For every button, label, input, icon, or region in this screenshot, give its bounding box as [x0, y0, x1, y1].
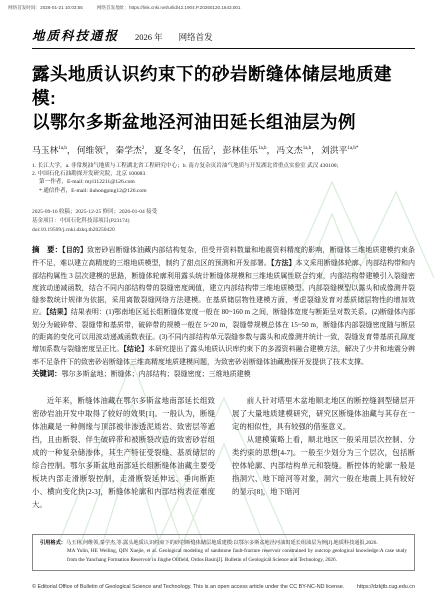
journal-name: 地质科技通报 — [32, 26, 119, 44]
affiliations: 1. 长江大学，a. 非常规油气地质与工程湖北省工程研究中心；b. 南方复杂页岩… — [32, 162, 415, 178]
journal-header: 地质科技通报 2026 年 网络首发 — [32, 26, 415, 49]
author: 刘洪平1a,b* — [321, 145, 358, 155]
page-footer: © Editorial Office of Bulletin of Geolog… — [32, 584, 415, 590]
citation-cn: 马玉林,何维领,秦学杰,等.露头地质认识约束下的砂岩断缝体储层地质建模:以鄂尔多… — [66, 540, 378, 546]
funding-note: 基金项目：中国石化科技部项目(P23174) — [32, 217, 415, 226]
author-separator: ， — [266, 145, 275, 155]
journal-website-link[interactable]: https://dzkjtb.cug.edu.cn — [357, 584, 415, 590]
keywords-label: 关键词： — [32, 369, 62, 378]
author: 彭林佳乐1a,b， — [223, 145, 277, 155]
author: 伍岳2， — [193, 145, 223, 155]
abstract: 摘 要：【目的】致密砂岩断缝体油藏内部结构复杂，但受井资料数量和地震资料精度的影… — [32, 244, 415, 368]
online-first-time-value: 2026-01-21 10:03:55 — [40, 5, 83, 10]
author-separator: ， — [67, 145, 76, 155]
abstract-section-marker: 【结果】 — [46, 309, 71, 316]
author: 夏冬冬2， — [154, 145, 193, 155]
article-title: 露头地质认识约束下的砂岩断缝体储层地质建模: 以鄂尔多斯盆地泾河油田延长组油层为… — [32, 62, 415, 134]
online-first-badge: 网络首发 — [179, 31, 213, 43]
author-separator: ， — [106, 145, 115, 155]
article-meta: 2025-09-16 收稿；2025-12-25 修回；2026-01-04 接… — [32, 208, 415, 235]
body-right-column: 前人针对塔里木盆地顺北地区的断控缝洞型储层开展了大量地质建模研究，研究区断缝体油… — [232, 394, 415, 528]
journal-year: 2026 年 — [135, 31, 163, 43]
author: 秦学杰2， — [115, 145, 154, 155]
online-first-address-link[interactable]: https://link.cnki.net/urlid/42.1904.P.20… — [129, 5, 241, 10]
author: 马玉林1a,b， — [32, 145, 77, 155]
copyright-license-note: © Editorial Office of Bulletin of Geolog… — [32, 584, 344, 590]
author-separator: ， — [183, 145, 192, 155]
contact-line: * 通信作者，E-mail: liuhongping12@126.com — [39, 187, 415, 195]
citation-label: 引用格式： — [40, 540, 66, 546]
received-revised-accepted-dates: 2025-09-16 收稿；2025-12-25 修回；2026-01-04 接… — [32, 208, 415, 217]
author-separator: ， — [213, 145, 222, 155]
author-affiliation-superscript: 1a,b — [303, 146, 311, 151]
page-content: 网络首发时间：2026-01-21 10:03:55 网络首发地址：https:… — [32, 0, 415, 590]
citation-box: 引用格式：马玉林,何维领,秦学杰,等.露头地质认识约束下的砂岩断缝体储层地质建模… — [32, 534, 415, 571]
citation-cn-line: 引用格式：马玉林,何维领,秦学杰,等.露头地质认识约束下的砂岩断缝体储层地质建模… — [40, 539, 407, 548]
author-contacts: 第一作者，E-mail: myl112211@126.com* 通信作者，E-m… — [39, 178, 415, 194]
author-affiliation-superscript: 1a,b* — [347, 146, 358, 151]
online-first-address: 网络首发地址：https://link.cnki.net/urlid/42.19… — [97, 5, 241, 11]
keywords-line: 关键词：鄂尔多斯盆地；断缝体；内部结构；裂缝密度；三维地质建模 — [32, 368, 415, 380]
article-title-line1: 露头地质认识约束下的砂岩断缝体储层地质建模: — [32, 62, 415, 110]
author: 何维领2， — [77, 145, 116, 155]
author: 冯文杰1a,b， — [276, 145, 321, 155]
online-first-line: 网络首发时间：2026-01-21 10:03:55 网络首发地址：https:… — [8, 5, 415, 11]
body-paragraph: 前人针对塔里木盆地顺北地区的断控缝洞型储层开展了大量地质建模研究，研究区断缝体油… — [232, 394, 415, 433]
author-separator: ， — [144, 145, 153, 155]
abstract-section-marker: 【目的】 — [62, 247, 87, 254]
online-first-time: 网络首发时间：2026-01-21 10:03:55 — [8, 5, 83, 11]
article-title-line2: 以鄂尔多斯盆地泾河油田延长组油层为例 — [32, 110, 415, 134]
body-paragraph: 近年来，断缝体油藏在鄂尔多斯盆地南部延长组致密砂岩油开发中取得了较好的效果[1]… — [32, 394, 215, 511]
abstract-section-marker: 【结论】 — [123, 346, 148, 353]
paper-page: 网络首发时间：2026-01-21 10:03:55 网络首发地址：https:… — [0, 0, 434, 614]
body-columns: 近年来，断缝体油藏在鄂尔多斯盆地南部延长组致密砂岩油开发中取得了较好的效果[1]… — [32, 394, 415, 528]
contact-line: 第一作者，E-mail: myl112211@126.com — [39, 178, 415, 186]
affiliation-line: 2. 中国石化石油勘探开发研究院，北京 100083 — [32, 170, 415, 178]
abstract-body: 【目的】致密砂岩断缝体油藏内部结构复杂，但受井资料数量和地震资料精度的影响，断缝… — [32, 246, 415, 366]
author-affiliation-superscript: 1a,b — [58, 146, 66, 151]
body-paragraph: 从建模策略上看，顺北地区一般采用层次控制、分类约束的思想[4-7]。一般至少划分… — [232, 433, 415, 498]
affiliation-line: 1. 长江大学，a. 非常规油气地质与工程湖北省工程研究中心；b. 南方复杂页岩… — [32, 162, 415, 170]
online-first-address-label: 网络首发地址： — [97, 5, 129, 10]
keywords-text: 鄂尔多斯盆地；断缝体；内部结构；裂缝密度；三维地质建模 — [62, 370, 251, 378]
citation-en: MA Yulin, HE Weiling, QIN Xuejie, et al.… — [40, 547, 407, 564]
authors-line: 马玉林1a,b，何维领2，秦学杰2，夏冬冬2，伍岳2，彭林佳乐1a,b，冯文杰1… — [32, 143, 415, 156]
online-first-time-label: 网络首发时间： — [8, 5, 40, 10]
abstract-section-marker: 【方法】 — [271, 260, 296, 267]
abstract-label: 摘 要： — [32, 245, 62, 254]
doi[interactable]: doi:10.19509/j.cnki.dzkq.tb20250420 — [32, 226, 415, 235]
author-separator: ， — [311, 145, 320, 155]
body-left-column: 近年来，断缝体油藏在鄂尔多斯盆地南部延长组致密砂岩油开发中取得了较好的效果[1]… — [32, 394, 215, 528]
